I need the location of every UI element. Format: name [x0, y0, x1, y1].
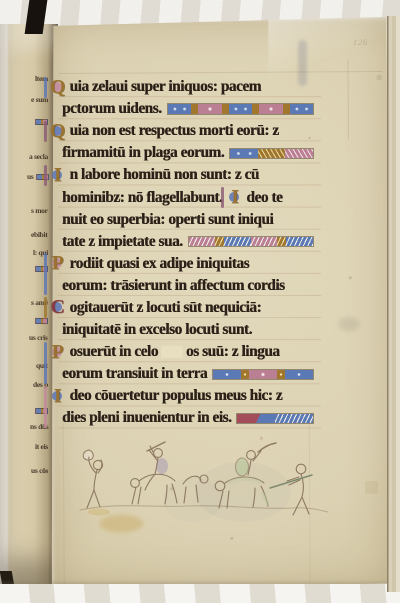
line-text: eorum transiuit in terra	[62, 365, 207, 383]
filler-segment	[277, 370, 285, 380]
bas-de-page-drawing	[58, 440, 350, 538]
text-line: hominibz: nō flagellabunt.Ideo te	[62, 186, 315, 208]
decorated-initial: I	[48, 166, 67, 185]
line-text: dies pleni inuenientur in eis.	[62, 409, 231, 427]
grey-stain	[338, 317, 360, 331]
line-text: firmamitū in plaga eorum.	[62, 144, 224, 162]
manuscript-photo: { "document": { "type": "illuminated-man…	[0, 0, 400, 603]
filler-segment	[213, 370, 241, 380]
text-line: Prodiit quasi ex adipe iniquitas	[62, 253, 315, 275]
line-text: eorum: trāsierunt in affectum cordis	[62, 277, 285, 295]
decorated-initial: Q	[48, 122, 67, 141]
facing-page-text-fragment: us cris	[29, 333, 48, 342]
line-text: deo cōuertetur populus meus hic: z	[70, 387, 283, 405]
tissue-paper-bottom	[0, 584, 400, 603]
facing-page-text-fragment: a secla	[29, 152, 48, 161]
facing-page-filler-bar	[35, 318, 48, 324]
filler-segment	[277, 237, 286, 247]
filler-segment	[249, 370, 277, 380]
line-text: rodiit quasi ex adipe iniquitas	[70, 255, 250, 273]
text-line: Quia non est respectus morti eorū: z	[62, 120, 315, 142]
filler-segment	[258, 149, 286, 159]
filler-segment	[259, 104, 283, 114]
text-line: eorum transiuit in terra	[62, 363, 315, 385]
text-line: Posuerūt in celoos suū: z lingua	[62, 341, 315, 363]
decorated-initial: P	[48, 254, 67, 273]
ground-stain	[88, 509, 110, 516]
facing-page-text-fragment: ebibit	[31, 230, 48, 239]
filler-segment	[252, 104, 259, 114]
rider-with-sword	[145, 442, 168, 490]
line-filler-ornament	[236, 413, 314, 425]
filler-segment	[251, 237, 278, 247]
text-line: tate z impietate sua.	[62, 231, 315, 253]
filler-segment	[168, 104, 192, 114]
line-text: n labore hominū non sunt: z cū	[70, 166, 259, 184]
line-text: iniquitatē in excelso locuti sunt.	[62, 321, 252, 339]
decorated-initial: I	[225, 188, 244, 207]
page-fore-edges-right	[387, 16, 400, 592]
line-text: deo te	[246, 189, 282, 207]
line-text: uia non est respectus morti eorū: z	[70, 122, 279, 140]
line-text: osuerūt in celo	[70, 343, 158, 361]
line-text: nuit eo superbia: operti sunt iniqui	[62, 211, 273, 229]
filler-segment	[285, 370, 313, 380]
text-line: pctorum uidens.	[62, 98, 315, 120]
filler-segment	[191, 104, 198, 114]
facing-page-text-fragment: it eis	[35, 442, 48, 451]
filler-segment	[222, 104, 229, 114]
text-line: Cogitauerūt z locuti sūt nequiciā:	[62, 297, 315, 319]
text-line: Quia zelaui super iniquos: pacem	[62, 76, 315, 98]
folio-number: 126	[353, 38, 368, 47]
filler-segment	[285, 149, 313, 159]
line-text: hominibz: nō flagellabunt.	[62, 189, 222, 207]
line-text: uia zelaui super iniquos: pacem	[70, 78, 261, 96]
line-filler-ornament	[188, 236, 314, 248]
line-text: os suū: z lingua	[186, 343, 280, 361]
standing-figure-with-bundle	[83, 450, 102, 508]
filler-segment	[283, 104, 290, 114]
line-filler-ornament	[167, 103, 315, 115]
filler-segment	[290, 104, 314, 114]
filler-segment	[275, 414, 313, 424]
decorated-initial: C	[48, 298, 67, 317]
line-text: ogitauerūt z locuti sūt nequiciā:	[70, 299, 262, 317]
erased-gap	[161, 346, 183, 358]
line-text: tate z impietate sua.	[62, 233, 183, 251]
filler-segment	[237, 414, 275, 424]
text-line: dies pleni inuenientur in eis.	[62, 407, 315, 429]
decorated-initial: P	[48, 343, 67, 362]
facing-page-text-fragment: s mor	[31, 206, 48, 215]
text-line: Ideo cōuertetur populus meus hic: z	[62, 385, 315, 407]
line-filler-ornament	[229, 148, 314, 160]
filler-segment	[241, 370, 249, 380]
filler-segment	[230, 149, 258, 159]
line-text: pctorum uidens.	[62, 100, 162, 118]
text-line: nuit eo superbia: operti sunt iniqui	[62, 209, 315, 231]
text-line: eorum: trāsierunt in affectum cordis	[62, 275, 315, 297]
text-line: iniquitatē in excelso locuti sunt.	[62, 319, 315, 341]
decorated-initial: I	[48, 387, 67, 406]
filler-segment	[189, 237, 216, 247]
filler-segment	[215, 237, 224, 247]
text-line: In labore hominū non sunt: z cū	[62, 164, 315, 186]
decorated-initial: Q	[48, 78, 67, 97]
filler-segment	[229, 104, 253, 114]
text-block: Quia zelaui super iniquos: pacempctorum …	[62, 76, 315, 430]
filler-segment	[198, 104, 222, 114]
line-filler-ornament	[212, 369, 314, 381]
filler-segment	[224, 237, 251, 247]
facing-page-text-fragment: us cōs	[31, 466, 48, 475]
filler-segment	[286, 237, 313, 247]
text-line: firmamitū in plaga eorum.	[62, 142, 315, 164]
